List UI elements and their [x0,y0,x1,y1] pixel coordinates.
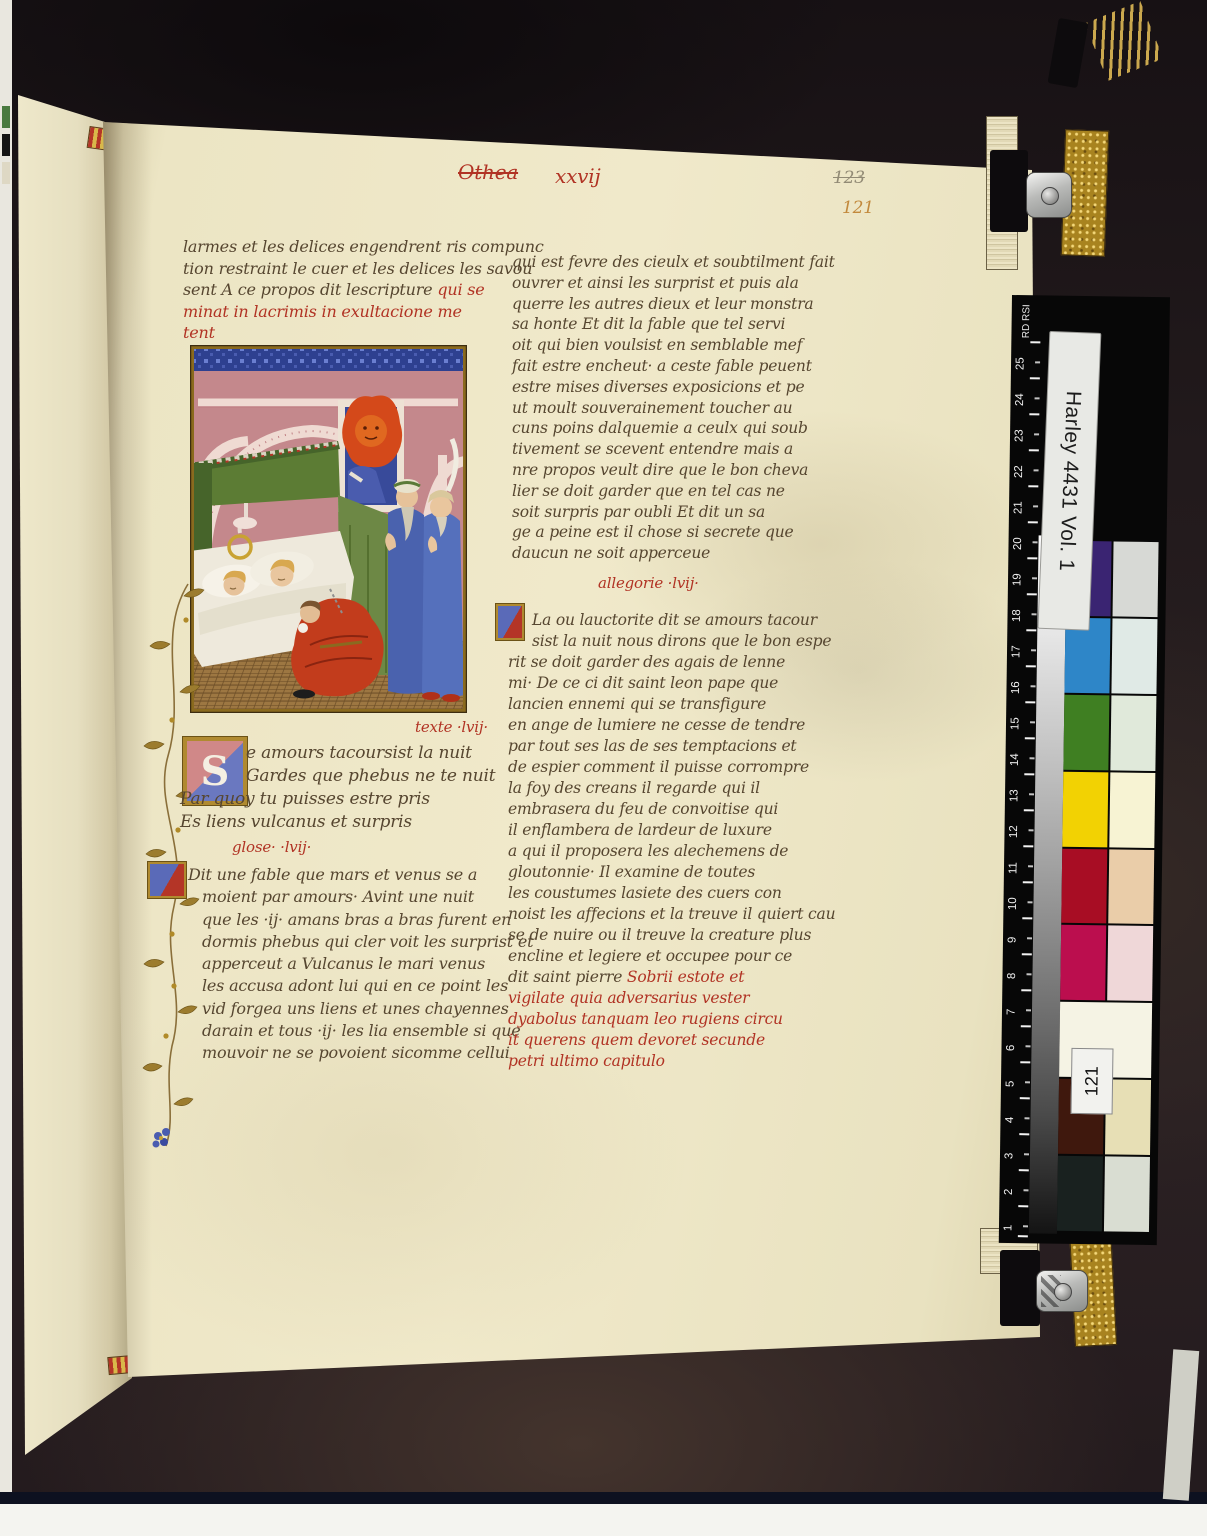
text-line: e amours tacoursist la nuit [180,742,520,765]
color-patch [1109,772,1155,848]
text-line: mi· De ce ci dit saint leon pape que [508,673,852,694]
text-line: a qui il proposera les alechemens de [508,841,852,862]
ruler-minor-tick [1026,1045,1031,1047]
text-line: Par quoy tu puisses estre pris [180,788,520,811]
text-line: fait estre encheut· a ceste fable peuent [512,356,852,377]
film-edge-strip [0,0,12,1536]
ruler-tick [1021,989,1031,991]
text-line: nre propos veult dire que le bon cheva [512,460,852,481]
text-line: Dit une fable que mars et venus se a [188,864,518,886]
ruler-tick [1018,1235,1028,1237]
photograph: Othea xxvij 123 121 larmes et les delice… [0,0,1207,1536]
cradle-edge [1163,1349,1199,1500]
text-line: de espier comment il puisse corrompre [508,757,852,778]
text-line: ouvrer et ainsi les surprist et puis ala [512,273,852,294]
ruler-number: 11 [1005,853,1022,883]
ruler-number: 5 [1002,1069,1019,1099]
text-line: vigilate quia adversarius vester [508,988,852,1009]
ruler-number: 20 [1009,529,1026,559]
text-line: les accusa adont lui qui en ce point les [188,975,518,997]
ruler-number: 4 [1001,1105,1018,1135]
sun-face-icon [355,415,387,447]
ruler-number: 13 [1006,781,1023,811]
text-line: la foy des creans il regarde qui il [508,778,852,799]
ruler-minor-tick [1025,1081,1030,1083]
text-line: petri ultimo capitulo [508,1051,852,1072]
ruler-minor-tick [1035,361,1040,363]
text-line: soit surpris par oubli Et dit un sa [512,502,852,523]
color-patch [1113,541,1159,617]
ruler-tick [1027,593,1037,595]
patch-row [1057,1156,1150,1232]
window [338,395,404,512]
ruler-tick [1022,917,1032,919]
text-line: minat in lacrimis in exultacione me [183,301,513,323]
text-line: dormis phebus qui cler voit les surprist… [188,931,518,953]
gold-glint [1085,1,1164,81]
ruler-tick [1020,1061,1030,1063]
text-line: Gardes que phebus ne te nuit [180,765,520,788]
ruler-tick [1028,521,1038,523]
ruler-number: 7 [1003,997,1020,1027]
text-line: rit se doit garder des agais de lenne [508,652,852,673]
text-line: it querens quem devoret secunde [508,1030,852,1051]
ruler-tick [1024,773,1034,775]
text-line: darain et tous ·ij· les lia ensemble si … [188,1020,518,1042]
text-line: sa honte Et dit la fable que tel servi [512,314,852,335]
text-line: noist les affecions et la treuve il quie… [508,904,852,925]
ruler-number: 24 [1011,385,1028,415]
text-line: oit qui bien voulsist en semblable mef [512,335,852,356]
god-two-robe [422,512,464,698]
ruler-number: 8 [1003,961,1020,991]
patch-row [1061,848,1154,924]
color-patch [1104,1157,1150,1233]
allegorie-text: La ou lauctorite dit se amours tacoursis… [508,610,852,1072]
ruler-minor-tick [1027,937,1032,939]
ruler-minor-tick [1029,793,1034,795]
ruler-number: 9 [1004,925,1021,955]
ruler-number: 10 [1004,889,1021,919]
texte-verse: e amours tacoursist la nuitGardes que ph… [180,742,520,834]
ruler-minor-tick [1028,865,1033,867]
photo-mat-bottom [0,1504,1207,1536]
color-patches [1057,541,1159,1232]
ruler-minor-tick [1034,433,1039,435]
text-line: apperceut a Vulcanus le mari venus [188,953,518,975]
ruler-tick [1025,701,1035,703]
ruler-minor-tick [1026,1009,1031,1011]
ruler-number: 19 [1009,565,1026,595]
ruler-number: 17 [1008,637,1025,667]
color-patch [1061,848,1107,924]
text-line: que les ·ij· amans bras a bras furent en [188,909,518,931]
patch-row [1063,695,1156,771]
ruler-minor-tick [1035,397,1040,399]
color-patch [1107,926,1153,1002]
text-line: daucun ne soit apperceue [512,543,852,564]
ruler-number: 23 [1011,421,1028,451]
folio-sticker: 121 [1071,1048,1114,1115]
text-line: ge a peine est il chose si secrete que [512,522,852,543]
text-line: les coustumes lasiete des cuers con [508,883,852,904]
ruler-tick [1019,1133,1029,1135]
text-line: gloutonnie· Il examine de toutes [508,862,852,883]
ruler-minor-tick [1032,613,1037,615]
text-line: il enflambera de lardeur de luxure [508,820,852,841]
text-line: Es liens vulcanus et surpris [180,811,520,834]
ruler-minor-tick [1033,541,1038,543]
metal-clip-top [1026,172,1072,218]
ruler-tick [1024,809,1034,811]
ruler-minor-tick [1032,577,1037,579]
ruler-tick [1023,845,1033,847]
running-title: Othea [458,160,518,184]
text-line: dyabolus tanquam leo rugiens circu [508,1009,852,1030]
ruler-number: 12 [1005,817,1022,847]
text-line: sent A ce propos dit lescripture qui se [183,279,513,301]
color-patch [1062,771,1108,847]
ruler-minor-tick [1023,1225,1028,1227]
ruler-tick [1029,449,1039,451]
text-line: tion restraint le cuer et les delices le… [183,258,513,280]
color-patch [1063,695,1109,771]
text-line: lier se doit garder que en tel cas ne [512,481,852,502]
ruler-number: 2 [1000,1177,1017,1207]
ruler-tick [1021,1025,1031,1027]
folio-number-new: 121 [842,198,874,218]
ruler-tick [1018,1205,1028,1207]
text-line: La ou lauctorite dit se amours tacour [508,610,852,631]
text-line: dit saint pierre Sobrii estote et [508,967,852,988]
color-patch [1111,618,1157,694]
ruler-tick [1030,377,1040,379]
ruler-minor-tick [1027,973,1032,975]
color-calibration-chart: RD RSI 252423222120191817161514131211109… [999,295,1170,1245]
text-line: mouvoir ne se povoient sicomme cellui [188,1042,518,1064]
film-edge-mark [2,134,10,156]
ruler-number: 18 [1008,601,1025,631]
film-edge-mark [2,162,10,184]
ruler-number: 1 [1000,1213,1017,1243]
ruler-minor-tick [1029,829,1034,831]
text-line: vid forgea uns liens et unes chayennes [188,998,518,1020]
text-line: se de nuire ou il treuve la creature plu… [508,925,852,946]
color-patch [1060,925,1106,1001]
text-line: lancien ennemi qui se transfigure [508,694,852,715]
ruler-minor-tick [1023,1189,1028,1191]
text-line: qui est fevre des cieulx et soubtilment … [512,252,852,273]
restraint-strap-upper [1047,18,1088,88]
chapter-numeral: xxvij [555,164,600,188]
text-line: querre les autres dieux et leur monstra [512,294,852,315]
paraph-initial-glose [148,862,186,898]
ruler-tick [1022,953,1032,955]
ruler-tick [1026,629,1036,631]
text-line: en ange de lumiere ne cesse de tendre [508,715,852,736]
ruler-number: 21 [1010,493,1027,523]
ruler-number: 25 [1012,349,1029,379]
ruler-minor-tick [1028,901,1033,903]
miniature-painting [190,345,467,713]
ruler-tick [1027,557,1037,559]
ruler-number: 22 [1010,457,1027,487]
color-patch [1108,849,1154,925]
text-line: larmes et les delices engendrent ris com… [183,236,513,258]
ruler-tick [1019,1169,1029,1171]
ruler-minor-tick [1024,1117,1029,1119]
color-patch [1057,1156,1103,1232]
glose-rubric: glose· ·lvij· [232,838,311,856]
text-line: moient par amours· Avint une nuit [188,886,518,908]
text-line: estre mises diverses exposicions et pe [512,377,852,398]
patch-row [1060,925,1153,1001]
ruler-tick [1028,485,1038,487]
text-line: tivement se scevent entendre mais a [512,439,852,460]
left-column-intro: larmes et les delices engendrent ris com… [183,236,513,344]
ruler-minor-tick [1034,469,1039,471]
metal-clip-bottom [1036,1270,1088,1312]
ruler-number: 16 [1007,673,1024,703]
restraint-strap-top [990,150,1028,232]
patch-row [1062,771,1155,847]
text-line: sist la nuit nous dirons que le bon espe [508,631,852,652]
ruler-number: 6 [1002,1033,1019,1063]
ruler-tick [1020,1097,1030,1099]
film-edge-mark [2,106,10,128]
text-line: par tout ses las de ses temptacions et [508,736,852,757]
ruler-minor-tick [1030,757,1035,759]
blue-flower-icon [153,1128,171,1148]
text-line: embrasera du feu de convoitise qui [508,799,852,820]
ruler-number: 3 [1001,1141,1018,1171]
ruler-number: 15 [1007,709,1024,739]
text-line: tent [183,322,513,344]
ruler-number: 14 [1006,745,1023,775]
ruler-minor-tick [1033,505,1038,507]
text-line: cuns poins dalquemie a ceulx qui soub [512,418,852,439]
ruler-tick [1025,737,1035,739]
glose-text: Dit une fable que mars et venus se amoie… [188,864,518,1065]
ruler-minor-tick [1024,1153,1029,1155]
color-patch [1110,695,1156,771]
ruler-minor-tick [1031,649,1036,651]
ruler-tick [1030,341,1040,343]
texte-rubric: texte ·lvij· [415,718,488,736]
manuscript-page: Othea xxvij 123 121 larmes et les delice… [100,112,1048,1382]
text-line: encline et legiere et occupee pour ce [508,946,852,967]
restraint-strap-bottom [1000,1250,1040,1326]
text-line: ut moult souverainement toucher au [512,398,852,419]
ruler-minor-tick [1030,721,1035,723]
right-column-glose-continued: qui est fevre des cieulx et soubtilment … [512,252,852,564]
ruler-tick [1029,413,1039,415]
ruler-tick [1023,881,1033,883]
photo-bottom-shadow [0,1492,1207,1504]
clip-grip-texture [1041,1275,1061,1307]
allegorie-rubric: allegorie ·lvij· [598,574,699,592]
folio-number-old: 123 [833,168,865,188]
ruler-tick [1026,665,1036,667]
ruler-minor-tick [1031,685,1036,687]
